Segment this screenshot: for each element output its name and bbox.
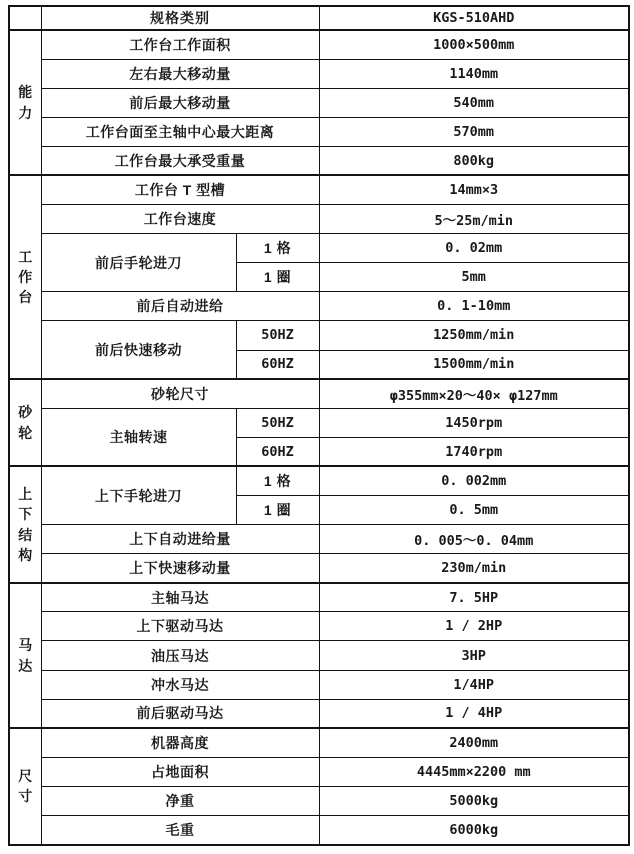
spec-label: 前后手轮进刀 xyxy=(41,234,236,292)
spec-label: 上下驱动马达 xyxy=(41,612,319,641)
category-vertical-structure: 上下结构 xyxy=(9,466,41,582)
spec-label: 冲水马达 xyxy=(41,670,319,699)
spec-sub-label: 60HZ xyxy=(236,350,319,379)
spec-value: 0. 002mm xyxy=(319,466,629,495)
spec-label: 机器高度 xyxy=(41,728,319,757)
spec-label: 左右最大移动量 xyxy=(41,59,319,88)
spec-sub-label: 60HZ xyxy=(236,437,319,466)
spec-row: 油压马达 3HP xyxy=(9,641,629,670)
spec-label: 净重 xyxy=(41,786,319,815)
spec-label: 工作台最大承受重量 xyxy=(41,146,319,175)
spec-label: 工作台面至主轴中心最大距离 xyxy=(41,117,319,146)
spec-sub-label: 1 圈 xyxy=(236,263,319,292)
spec-row: 前后手轮进刀 1 格 0. 02mm xyxy=(9,234,629,263)
spec-value: 800kg xyxy=(319,146,629,175)
spec-value: 6000kg xyxy=(319,816,629,845)
spec-row: 砂轮 砂轮尺寸 φ355mm×20～40× φ127mm xyxy=(9,379,629,408)
category-capability: 能力 xyxy=(9,30,41,175)
spec-row: 前后自动进给 0. 1-10mm xyxy=(9,292,629,321)
spec-value: 14mm×3 xyxy=(319,175,629,204)
spec-label: 工作台工作面积 xyxy=(41,30,319,59)
spec-row: 占地面积 4445mm×2200 mm xyxy=(9,757,629,786)
spec-label: 工作台 T 型槽 xyxy=(41,175,319,204)
spec-value: 1 / 4HP xyxy=(319,699,629,728)
category-label: 砂轮 xyxy=(18,402,33,443)
spec-value: 5～25m/min xyxy=(319,205,629,234)
spec-value: 1 / 2HP xyxy=(319,612,629,641)
category-label: 工作台 xyxy=(18,247,33,308)
spec-value: 0. 5mm xyxy=(319,496,629,525)
spec-label: 上下手轮进刀 xyxy=(41,466,236,524)
category-label: 尺寸 xyxy=(18,766,33,807)
spec-row: 工作台速度 5～25m/min xyxy=(9,205,629,234)
spec-row: 上下自动进给量 0. 005～0. 04mm xyxy=(9,525,629,554)
spec-value: 2400mm xyxy=(319,728,629,757)
spec-row: 上下结构 上下手轮进刀 1 格 0. 002mm xyxy=(9,466,629,495)
model-header: KGS-510AHD xyxy=(319,6,629,30)
spec-sub-label: 1 格 xyxy=(236,234,319,263)
spec-row: 左右最大移动量 1140mm xyxy=(9,59,629,88)
header-row: 规格类别 KGS-510AHD xyxy=(9,6,629,30)
spec-row: 工作台面至主轴中心最大距离 570mm xyxy=(9,117,629,146)
spec-sub-label: 50HZ xyxy=(236,408,319,437)
spec-label: 上下自动进给量 xyxy=(41,525,319,554)
spec-label: 主轴马达 xyxy=(41,583,319,612)
category-worktable: 工作台 xyxy=(9,175,41,379)
spec-value: 230m/min xyxy=(319,554,629,583)
spec-value: 1500mm/min xyxy=(319,350,629,379)
spec-label: 上下快速移动量 xyxy=(41,554,319,583)
spec-value: 0. 02mm xyxy=(319,234,629,263)
spec-value: 7. 5HP xyxy=(319,583,629,612)
spec-value: 5mm xyxy=(319,263,629,292)
spec-value: 0. 1-10mm xyxy=(319,292,629,321)
category-label: 马达 xyxy=(18,635,33,676)
spec-value: φ355mm×20～40× φ127mm xyxy=(319,379,629,408)
spec-row: 马达 主轴马达 7. 5HP xyxy=(9,583,629,612)
spec-row: 前后驱动马达 1 / 4HP xyxy=(9,699,629,728)
spec-label: 前后驱动马达 xyxy=(41,699,319,728)
spec-row: 上下驱动马达 1 / 2HP xyxy=(9,612,629,641)
spec-label: 毛重 xyxy=(41,816,319,845)
spec-label: 砂轮尺寸 xyxy=(41,379,319,408)
spec-value: 5000kg xyxy=(319,786,629,815)
header-empty-cell xyxy=(9,6,41,30)
spec-row: 净重 5000kg xyxy=(9,786,629,815)
category-dimensions: 尺寸 xyxy=(9,728,41,844)
spec-label: 工作台速度 xyxy=(41,205,319,234)
spec-row: 前后快速移动 50HZ 1250mm/min xyxy=(9,321,629,350)
spec-value: 570mm xyxy=(319,117,629,146)
spec-value: 1140mm xyxy=(319,59,629,88)
category-motor: 马达 xyxy=(9,583,41,728)
spec-row: 工作台最大承受重量 800kg xyxy=(9,146,629,175)
category-label: 上下结构 xyxy=(18,484,33,565)
spec-label: 油压马达 xyxy=(41,641,319,670)
spec-row: 主轴转速 50HZ 1450rpm xyxy=(9,408,629,437)
spec-value: 540mm xyxy=(319,88,629,117)
spec-label: 前后快速移动 xyxy=(41,321,236,379)
spec-row: 前后最大移动量 540mm xyxy=(9,88,629,117)
spec-value: 1/4HP xyxy=(319,670,629,699)
spec-row: 工作台 工作台 T 型槽 14mm×3 xyxy=(9,175,629,204)
spec-label: 前后最大移动量 xyxy=(41,88,319,117)
spec-value: 0. 005～0. 04mm xyxy=(319,525,629,554)
spec-label: 前后自动进给 xyxy=(41,292,319,321)
spec-sub-label: 1 格 xyxy=(236,466,319,495)
spec-row: 尺寸 机器高度 2400mm xyxy=(9,728,629,757)
spec-value: 3HP xyxy=(319,641,629,670)
spec-value: 1250mm/min xyxy=(319,321,629,350)
spec-value: 1000×500mm xyxy=(319,30,629,59)
spec-value: 1740rpm xyxy=(319,437,629,466)
spec-row: 上下快速移动量 230m/min xyxy=(9,554,629,583)
spec-sub-label: 1 圈 xyxy=(236,496,319,525)
category-grinding-wheel: 砂轮 xyxy=(9,379,41,466)
category-label: 能力 xyxy=(18,82,33,123)
spec-value: 1450rpm xyxy=(319,408,629,437)
spec-category-header: 规格类别 xyxy=(41,6,319,30)
spec-row: 毛重 6000kg xyxy=(9,816,629,845)
spec-row: 冲水马达 1/4HP xyxy=(9,670,629,699)
spec-sub-label: 50HZ xyxy=(236,321,319,350)
spec-label: 主轴转速 xyxy=(41,408,236,466)
spec-row: 能力 工作台工作面积 1000×500mm xyxy=(9,30,629,59)
spec-table: 规格类别 KGS-510AHD 能力 工作台工作面积 1000×500mm 左右… xyxy=(8,5,630,846)
spec-label: 占地面积 xyxy=(41,757,319,786)
spec-value: 4445mm×2200 mm xyxy=(319,757,629,786)
